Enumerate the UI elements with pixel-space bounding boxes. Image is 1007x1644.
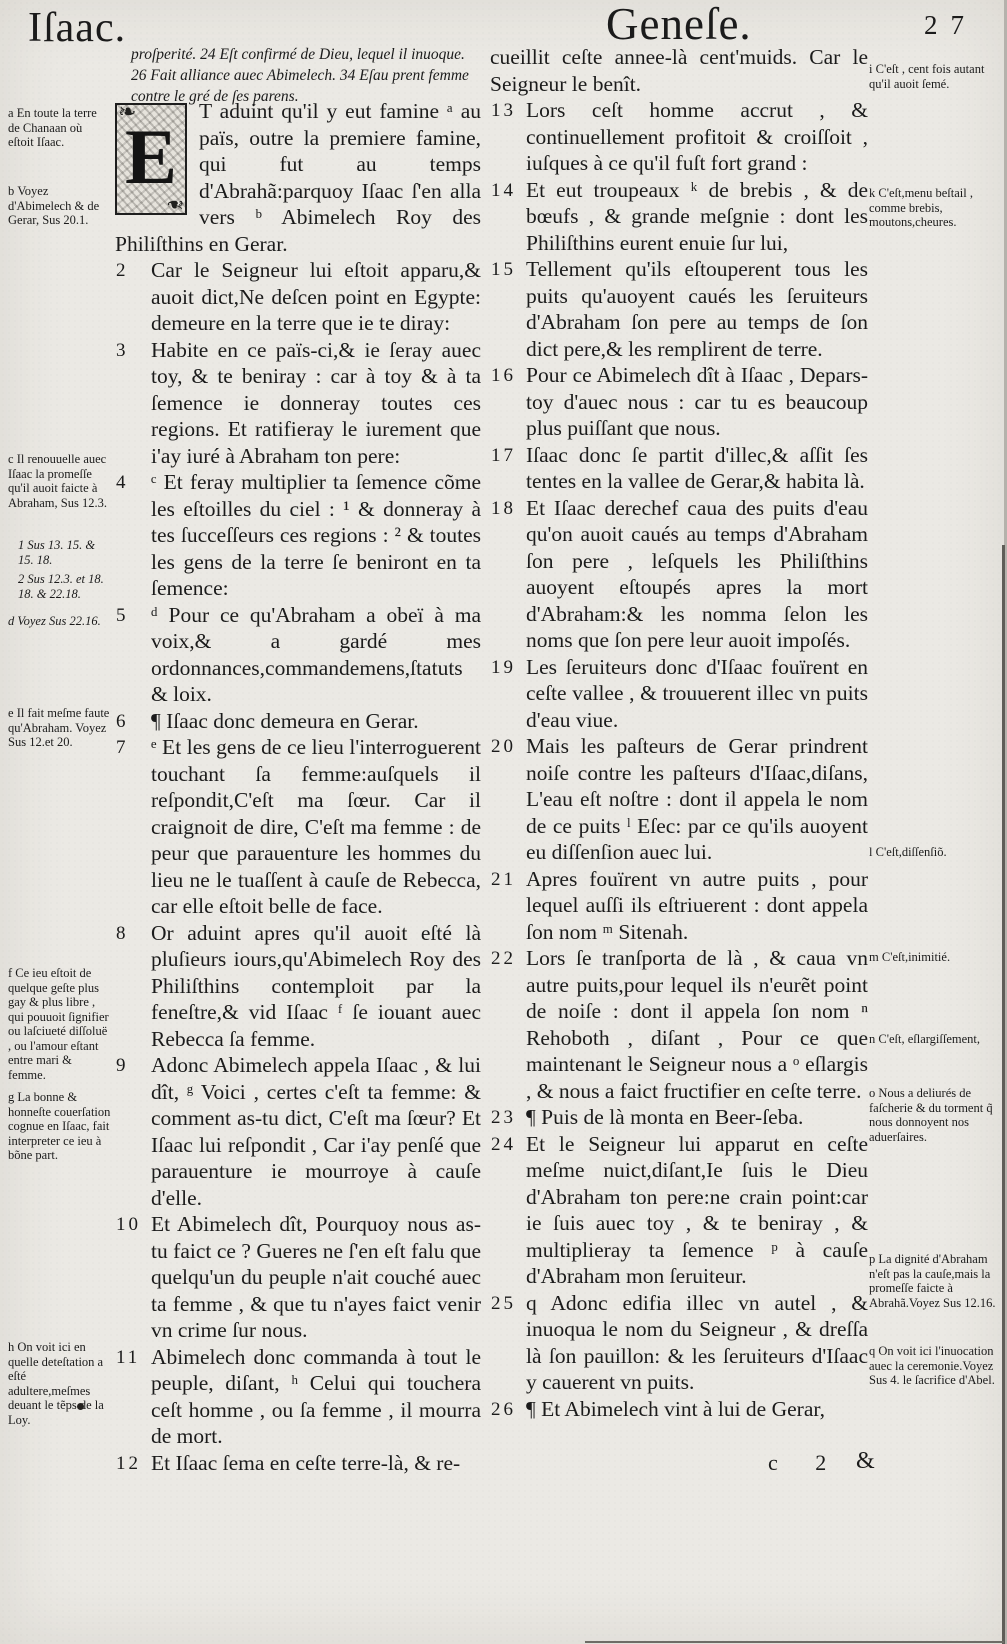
verse-text: Et Iſaac ſema en ceſte terre-là, & re- [151, 1451, 460, 1475]
margin-note: p La dignité d'Abraham n'eſt pas la cauſ… [869, 1252, 997, 1310]
margin-note: o Nous a deliurés de faſcherie & du torm… [869, 1086, 997, 1144]
note-mark: l [869, 845, 872, 859]
verse: 10Et Abimelech dît, Pourquoy nous as-tu … [115, 1211, 481, 1344]
verse: ET aduint qu'il y eut famine ᵃ au païs, … [115, 98, 481, 257]
verse: 3Habite en ce païs-ci,& ie ſeray auec to… [115, 337, 481, 470]
verse-text: Et eut troupeaux ᵏ de brebis , & de bœuf… [526, 178, 868, 255]
verse-number: 21 [491, 867, 516, 894]
verse: 14Et eut troupeaux ᵏ de brebis , & de bœ… [490, 177, 868, 257]
margin-note: k C'eſt,menu beſtail , comme brebis, mou… [869, 186, 997, 230]
margin-note: 2 Sus 12.3. et 18. 18. & 22.18. [8, 572, 110, 601]
verse: 9Adonc Abimelech appela Iſaac , & lui dî… [115, 1052, 481, 1211]
verse-text: ᶜ Et feray multiplier ta ſemence cõme le… [151, 470, 481, 600]
verse-number: 5 [116, 603, 129, 630]
verse-number: 25 [491, 1291, 516, 1318]
right-verses: 13Lors ceſt homme accrut , & continuelle… [490, 97, 868, 1422]
note-text: C'eſt, eſlargiſſement, [878, 1032, 980, 1046]
note-text: C'eſt,inimitié. [882, 950, 950, 964]
verse-text: Habite en ce païs-ci,& ie ſeray auec toy… [151, 338, 481, 468]
verse-text: Adonc Abimelech appela Iſaac , & lui dît… [151, 1053, 481, 1210]
verse-number: 9 [116, 1053, 129, 1080]
text-column-right: cueillit ceſte annee-là cent'muids. Car … [490, 44, 868, 1422]
margin-note: 1 Sus 13. 15. & 15. 18. [8, 538, 110, 567]
verse-text: ᵉ Et les gens de ce lieu l'interrogueren… [151, 735, 481, 918]
note-mark: q [869, 1344, 875, 1358]
verse-number: 3 [116, 338, 129, 365]
margin-note: a En toute la terre de Chanaan où eſtoit… [8, 106, 111, 150]
page-edge-shadow [1002, 545, 1005, 1644]
verse-text: ¶ Puis de là monta en Beer-ſeba. [526, 1105, 803, 1129]
text-column-left: ET aduint qu'il y eut famine ᵃ au païs, … [115, 98, 481, 1476]
verse: 26¶ Et Abimelech vint à lui de Gerar, [490, 1396, 868, 1423]
verse: 21Apres fouïrent vn autre puits , pour l… [490, 866, 868, 946]
note-text: C'eſt , cent fois autant qu'il auoit ſem… [869, 62, 984, 91]
note-mark: i [869, 62, 872, 76]
verse-number: 24 [491, 1132, 516, 1159]
verse: 18Et Iſaac derechef caua des puits d'eau… [490, 495, 868, 654]
verse-text: Et le Seigneur lui apparut en ceſte meſm… [526, 1132, 868, 1289]
verse: 12Et Iſaac ſema en ceſte terre-là, & re- [115, 1450, 481, 1477]
note-text: C'eſt,menu beſtail , comme brebis, mouto… [869, 186, 973, 229]
verse-number: 15 [491, 257, 516, 284]
note-mark: c [8, 452, 14, 466]
verse-text: Les ſeruiteurs donc d'Iſaac fouïrent en … [526, 655, 868, 732]
verse-number: 2 [116, 258, 129, 285]
note-mark: 1 [18, 538, 24, 552]
verse-text: Or aduint apres qu'il auoit eſté là pluſ… [151, 921, 481, 1051]
verse-text: q Adonc edifia illec vn autel , & inuoqu… [526, 1291, 868, 1395]
verse: 2Car le Seigneur lui eſtoit apparu,& auo… [115, 257, 481, 337]
margin-note: c Il renouuelle auec Iſaac la promeſſe q… [8, 452, 111, 510]
verse: 23¶ Puis de là monta en Beer-ſeba. [490, 1104, 868, 1131]
verse: 6¶ Iſaac donc demeura en Gerar. [115, 708, 481, 735]
book-page: Iſaac. Geneſe. 27 proſperité. 24 Eſt con… [0, 0, 1007, 1644]
margin-note: l C'eſt,diſſenſiõ. [869, 845, 997, 860]
verse-number: 10 [116, 1212, 141, 1239]
margin-note: q On voit ici l'inuocation auec la cerem… [869, 1344, 997, 1388]
note-text: On voit ici en quelle deteſtation a eſté… [8, 1340, 104, 1427]
note-mark: h [8, 1340, 14, 1354]
verse-text: Lors ſe tranſporta de là , & caua vn aut… [526, 946, 868, 1103]
page-edge-bottom [585, 1641, 1004, 1643]
verse: 25q Adonc edifia illec vn autel , & inuo… [490, 1290, 868, 1396]
verse-text: Lors ceſt homme accrut , & continuelleme… [526, 98, 868, 175]
verse: 19Les ſeruiteurs donc d'Iſaac fouïrent e… [490, 654, 868, 734]
verse-number: 13 [491, 98, 516, 125]
verse-number: 16 [491, 363, 516, 390]
catchword: & [856, 1448, 875, 1475]
verse-number: 12 [116, 1451, 141, 1478]
note-mark: a [8, 106, 14, 120]
verse-number: 11 [116, 1345, 140, 1372]
verse-text: ᵈ Pour ce qu'Abraham a obeï à ma voix,& … [151, 603, 481, 707]
verse-text: Et Iſaac derechef caua des puits d'eau q… [526, 496, 868, 653]
verse-number: 23 [491, 1105, 516, 1132]
verse-number: 17 [491, 443, 516, 470]
note-text: Voyez Sus 22.16. [17, 614, 100, 628]
note-text: La dignité d'Abraham n'eſt pas la cauſe,… [869, 1252, 996, 1310]
verse-text: ¶ Et Abimelech vint à lui de Gerar, [526, 1397, 825, 1421]
note-mark: d [8, 614, 14, 628]
running-title-center: Geneſe. [606, 0, 752, 50]
ink-spot [77, 1403, 84, 1410]
margin-note: m C'eſt,inimitié. [869, 950, 997, 965]
verse-text: ¶ Iſaac donc demeura en Gerar. [151, 709, 419, 733]
note-mark: k [869, 186, 875, 200]
note-text: Voyez d'Abimelech & de Gerar, Sus 20.1. [8, 184, 99, 227]
note-text: On voit ici l'inuocation auec la ceremon… [869, 1344, 995, 1387]
note-mark: o [869, 1086, 875, 1100]
verse-number: 26 [491, 1397, 516, 1424]
verse: 11Abimelech donc commanda à tout le peup… [115, 1344, 481, 1450]
margin-note: b Voyez d'Abimelech & de Gerar, Sus 20.1… [8, 184, 111, 228]
note-mark: g [8, 1090, 14, 1104]
margin-note: n C'eſt, eſlargiſſement, [869, 1032, 997, 1047]
verse-number: 19 [491, 655, 516, 682]
verse: 7ᵉ Et les gens de ce lieu l'interroguere… [115, 734, 481, 920]
drop-cap-initial: E [115, 103, 187, 215]
verse-text: Tellement qu'ils eſtouperent tous les pu… [526, 257, 868, 361]
note-text: La bonne & honneſte couerſation cognue e… [8, 1090, 110, 1162]
verse-text: Pour ce Abimelech dît à Iſaac , Depars-t… [526, 363, 868, 440]
verse: 4ᶜ Et feray multiplier ta ſemence cõme l… [115, 469, 481, 602]
verse: 17Iſaac donc ſe partit d'illec,& aſſit ſ… [490, 442, 868, 495]
verse: 22Lors ſe tranſporta de là , & caua vn a… [490, 945, 868, 1104]
note-mark: n [869, 1032, 875, 1046]
note-text: Ce ieu eſtoit de quelque geſte plus gay … [8, 966, 109, 1082]
margin-note: i C'eſt , cent fois autant qu'il auoit ſ… [869, 62, 997, 91]
verse-text: Car le Seigneur lui eſtoit apparu,& auoi… [151, 258, 481, 335]
note-mark: p [869, 1252, 875, 1266]
verse: 8Or aduint apres qu'il auoit eſté là plu… [115, 920, 481, 1053]
margin-note: d Voyez Sus 22.16. [8, 614, 111, 629]
note-text: Il fait meſme faute qu'Abraham. Voyez Su… [8, 706, 109, 749]
margin-note: h On voit ici en quelle deteſtation a eſ… [8, 1340, 111, 1427]
note-mark: 2 [18, 572, 24, 586]
note-mark: m [869, 950, 879, 964]
margin-note: f Ce ieu eſtoit de quelque geſte plus ga… [8, 966, 111, 1082]
verse-text: Mais les paſteurs de Gerar prindrent noi… [526, 734, 868, 864]
verse: 5ᵈ Pour ce qu'Abraham a obeï à ma voix,&… [115, 602, 481, 708]
verse-continuation: cueillit ceſte annee-là cent'muids. Car … [490, 44, 868, 97]
verse: 13Lors ceſt homme accrut , & continuelle… [490, 97, 868, 177]
verse-number: 8 [116, 921, 129, 948]
signature-mark: c 2 [768, 1450, 842, 1476]
verse-text: Apres fouïrent vn autre puits , pour leq… [526, 867, 868, 944]
verse: 20Mais les paſteurs de Gerar prindrent n… [490, 733, 868, 866]
running-title-left: Iſaac. [28, 4, 126, 52]
verse: 24Et le Seigneur lui apparut en ceſte me… [490, 1131, 868, 1290]
note-mark: b [8, 184, 14, 198]
margin-note: g La bonne & honneſte couerſation cognue… [8, 1090, 111, 1163]
page-number: 27 [924, 10, 977, 41]
verse-number: 22 [491, 946, 516, 973]
verse-number: 6 [116, 709, 129, 736]
note-text: En toute la terre de Chanaan où eſtoit I… [8, 106, 97, 149]
verse-text: Et Abimelech dît, Pourquoy nous as-tu fa… [151, 1212, 481, 1342]
verse-number: 18 [491, 496, 516, 523]
note-text: Nous a deliurés de faſcherie & du tormen… [869, 1086, 993, 1144]
verse-number: 4 [116, 470, 129, 497]
note-mark: f [8, 966, 12, 980]
verse-number: 20 [491, 734, 516, 761]
verse-text: Iſaac donc ſe partit d'illec,& aſſit ſes… [526, 443, 868, 494]
note-mark: e [8, 706, 14, 720]
verse: 16Pour ce Abimelech dît à Iſaac , Depars… [490, 362, 868, 442]
verse: 15Tellement qu'ils eſtouperent tous les … [490, 256, 868, 362]
note-text: Il renouuelle auec Iſaac la promeſſe qu'… [8, 452, 107, 510]
note-text: Sus 13. 15. & 15. 18. [18, 538, 95, 567]
verse-number: 7 [116, 735, 129, 762]
verse-text: Abimelech donc commanda à tout le peuple… [151, 1345, 481, 1449]
margin-note: e Il fait meſme faute qu'Abraham. Voyez … [8, 706, 111, 750]
verse-number: 14 [491, 178, 516, 205]
note-text: Sus 12.3. et 18. 18. & 22.18. [18, 572, 104, 601]
note-text: C'eſt,diſſenſiõ. [876, 845, 947, 859]
